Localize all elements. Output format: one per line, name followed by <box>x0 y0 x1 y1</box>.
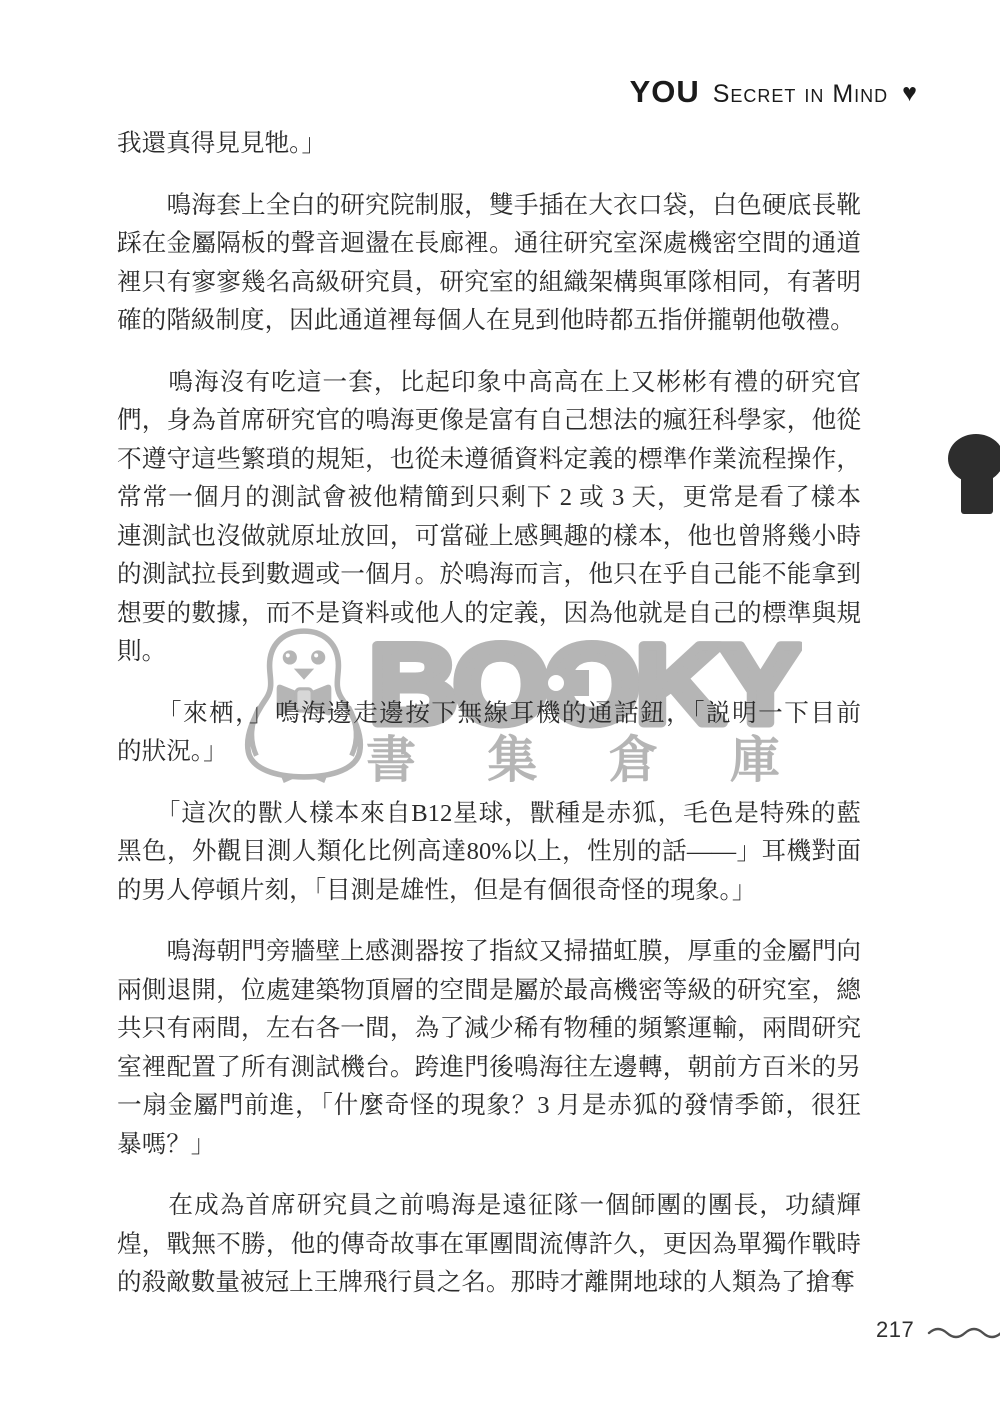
paragraph: 鳴海沒有吃這一套，比起印象中高高在上又彬彬有禮的研究官們，身為首席研究官的鳴海更… <box>117 364 861 672</box>
paragraph: 「來栖，」鳴海邊走邊按下無線耳機的通話鈕，「説明一下目前的狀況。」 <box>117 695 861 772</box>
text-line: 共只有兩間，左右各一間，為了減少稀有物種的頻繁運輸，兩間研究 <box>117 1010 861 1049</box>
text-line: 室裡配置了所有測試機台。跨進門後鳴海往左邊轉，朝前方百米的另 <box>117 1049 861 1088</box>
text-line: 的殺敵數量被冠上王牌飛行員之名。那時才離開地球的人類為了搶奪 <box>117 1264 861 1303</box>
keyhole-tab-icon <box>948 434 1000 516</box>
text-line: 想要的數據，而不是資料或他人的定義，因為他就是自己的標準與規 <box>117 595 861 634</box>
text-line: 我還真得見見牠。」 <box>117 125 861 164</box>
paragraph: 在成為首席研究員之前鳴海是遠征隊一個師團的團長，功績輝煌，戰無不勝，他的傳奇故事… <box>117 1187 861 1303</box>
paragraph: 鳴海套上全白的研究院制服，雙手插在大衣口袋，白色硬底長靴踩在金屬隔板的聲音迴盪在… <box>117 187 861 341</box>
squiggle-line-icon <box>927 1324 1000 1340</box>
series-subtitle: Secret in Mind <box>713 80 888 109</box>
text-line: 暴嗎？」 <box>117 1126 861 1165</box>
body-text: 我還真得見見牠。」 鳴海套上全白的研究院制服，雙手插在大衣口袋，白色硬底長靴踩在… <box>117 125 861 1303</box>
text-line: 黑色，外觀目測人類化比例高達80%以上，性別的話——」耳機對面 <box>117 833 861 872</box>
book-page: YOU Secret in Mind ♥ BOOKY 書 集 <box>0 0 1000 1403</box>
text-line: 「來栖，」鳴海邊走邊按下無線耳機的通話鈕，「説明一下目前 <box>117 695 861 734</box>
heart-icon: ♥ <box>902 79 917 108</box>
text-line: 鳴海沒有吃這一套，比起印象中高高在上又彬彬有禮的研究官 <box>117 364 861 403</box>
text-line: 則。 <box>117 633 861 672</box>
keyhole-stem <box>961 458 993 514</box>
text-line: 的狀況。」 <box>117 733 861 772</box>
paragraph: 鳴海朝門旁牆壁上感測器按了指紋又掃描虹膜，厚重的金屬門向兩側退開，位處建築物頂層… <box>117 933 861 1164</box>
paragraph: 「這次的獸人樣本來自B12星球，獸種是赤狐，毛色是特殊的藍黑色，外觀目測人類化比… <box>117 795 861 911</box>
text-line: 「這次的獸人樣本來自B12星球，獸種是赤狐，毛色是特殊的藍 <box>117 795 861 834</box>
running-head: YOU Secret in Mind ♥ <box>630 74 917 110</box>
text-line: 鳴海朝門旁牆壁上感測器按了指紋又掃描虹膜，厚重的金屬門向 <box>117 933 861 972</box>
text-line: 煌，戰無不勝，他的傳奇故事在軍團間流傳許久，更因為單獨作戰時 <box>117 1226 861 1265</box>
text-line: 一扇金屬門前進，「什麼奇怪的現象？3 月是赤狐的發情季節，很狂 <box>117 1087 861 1126</box>
text-line: 確的階級制度，因此通道裡每個人在見到他時都五指併攏朝他敬禮。 <box>117 302 861 341</box>
paragraph: 我還真得見見牠。」 <box>117 125 861 164</box>
text-line: 常常一個月的測試會被他精簡到只剩下 2 或 3 天，更常是看了樣本 <box>117 479 861 518</box>
text-line: 的男人停頓片刻，「目測是雄性，但是有個很奇怪的現象。」 <box>117 872 861 911</box>
text-line: 在成為首席研究員之前鳴海是遠征隊一個師團的團長，功績輝 <box>117 1187 861 1226</box>
series-brand: YOU <box>630 74 700 110</box>
text-line: 裡只有寥寥幾名高級研究員，研究室的組織架構與軍隊相同，有著明 <box>117 264 861 303</box>
text-line: 鳴海套上全白的研究院制服，雙手插在大衣口袋，白色硬底長靴 <box>117 187 861 226</box>
text-line: 的測試拉長到數週或一個月。於鳴海而言，他只在乎自己能不能拿到 <box>117 556 861 595</box>
text-line: 不遵守這些繁瑣的規矩，也從未遵循資料定義的標準作業流程操作， <box>117 441 861 480</box>
text-line: 踩在金屬隔板的聲音迴盪在長廊裡。通往研究室深處機密空間的通道 <box>117 225 861 264</box>
text-line: 兩側退開，位處建築物頂層的空間是屬於最高機密等級的研究室，總 <box>117 972 861 1011</box>
page-number: 217 <box>876 1317 914 1343</box>
text-line: 連測試也沒做就原址放回，可當碰上感興趣的樣本，他也曾將幾小時 <box>117 518 861 557</box>
text-line: 們，身為首席研究官的鳴海更像是富有自己想法的瘋狂科學家，他從 <box>117 402 861 441</box>
